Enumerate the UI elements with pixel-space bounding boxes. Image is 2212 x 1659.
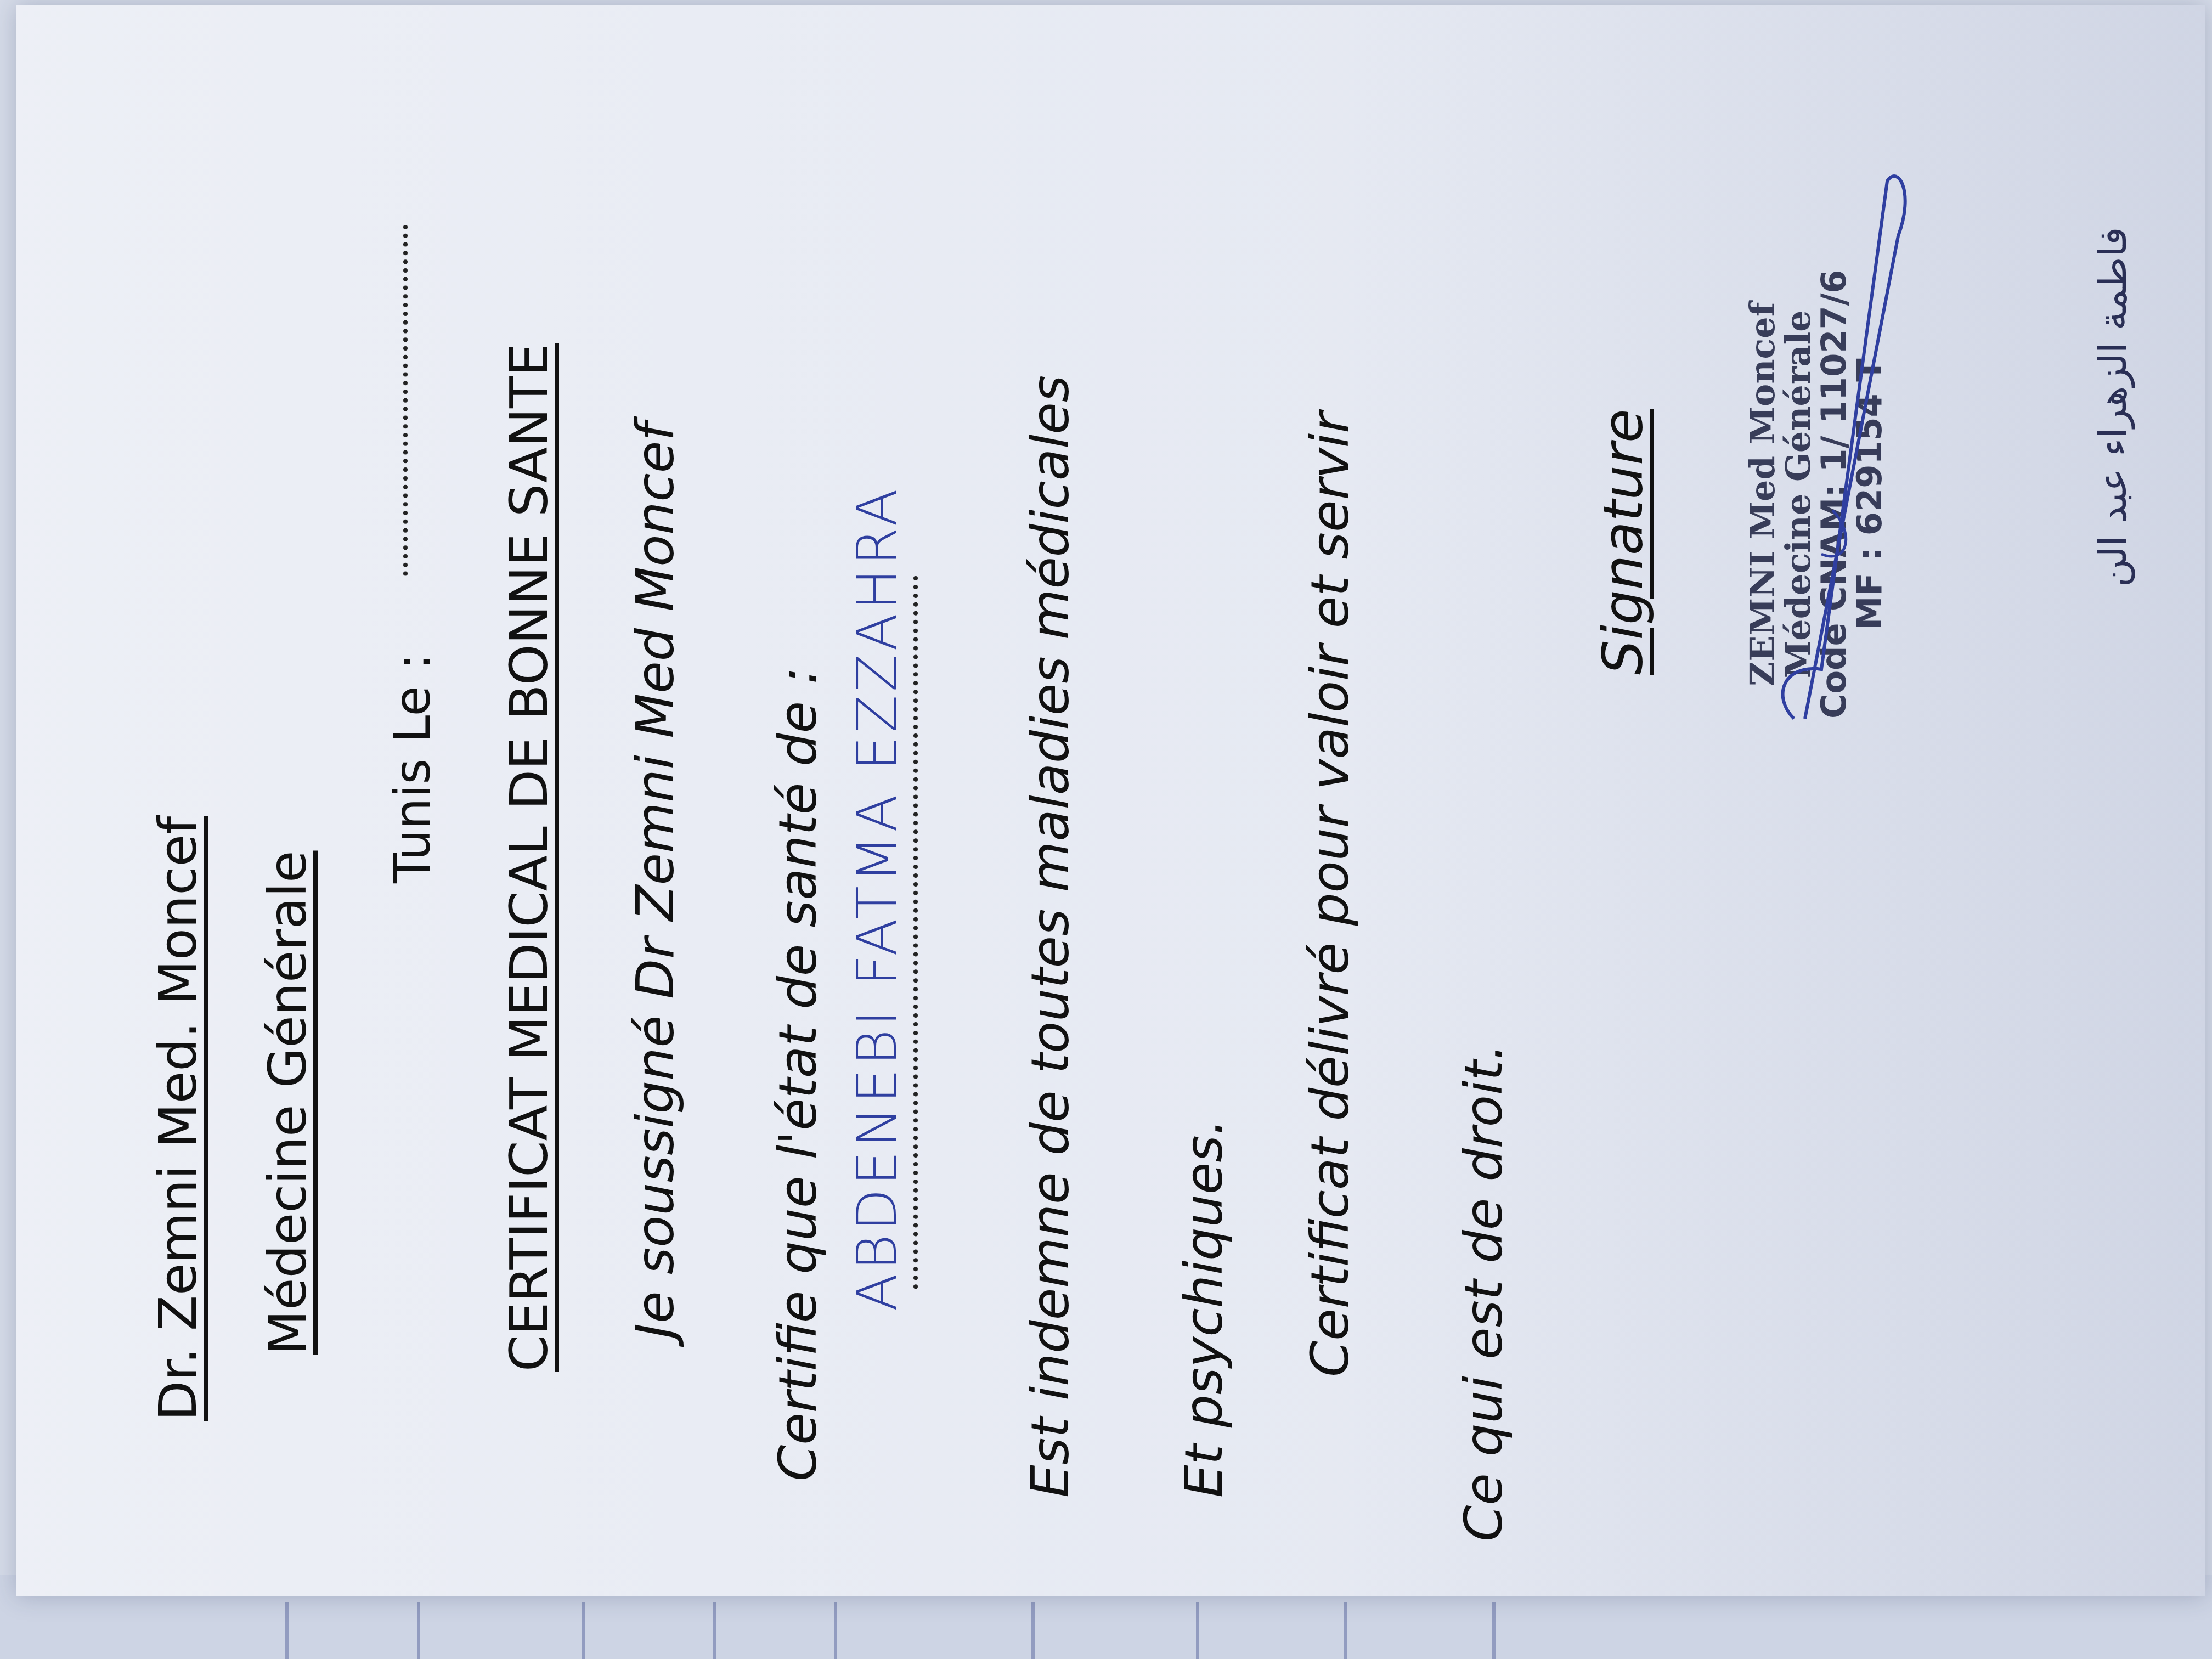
statement-line-4: Et psychiques. bbox=[1174, 1119, 1234, 1498]
background-form-lines bbox=[0, 1602, 2212, 1659]
signature-label: Signature bbox=[1591, 409, 1655, 675]
statement-line-5: Certificat délivré pour valoir et servir bbox=[1300, 412, 1361, 1377]
statement-line-6: Ce qui est de droit. bbox=[1454, 1043, 1514, 1542]
patient-name-dotted-line bbox=[913, 576, 918, 1289]
statement-line-2: Certifie que l'état de santé de : bbox=[768, 667, 828, 1481]
medical-certificate-paper: Dr. Zemni Med. Moncef Médecine Générale … bbox=[16, 5, 2205, 1596]
place-date-label: Tunis Le : bbox=[384, 653, 442, 883]
certificate-title: CERTIFICAT MEDICAL DE BONNE SANTE bbox=[499, 343, 560, 1372]
statement-line-3: Est indemne de toutes maladies médicales bbox=[1020, 375, 1081, 1498]
date-dotted-line bbox=[403, 225, 408, 576]
arabic-handwritten-note: فاطمة الزهراء عبد الن bbox=[2090, 227, 2135, 587]
doctor-specialty: Médecine Générale bbox=[258, 851, 318, 1355]
statement-line-1: Je soussigné Dr Zemni Med Moncef bbox=[625, 422, 686, 1339]
handwritten-signature bbox=[1772, 170, 1909, 774]
patient-name-handwritten: ABDENEBI FATMA EZZAHRA bbox=[845, 486, 909, 1311]
doctor-name: Dr. Zemni Med. Moncef bbox=[148, 816, 208, 1421]
